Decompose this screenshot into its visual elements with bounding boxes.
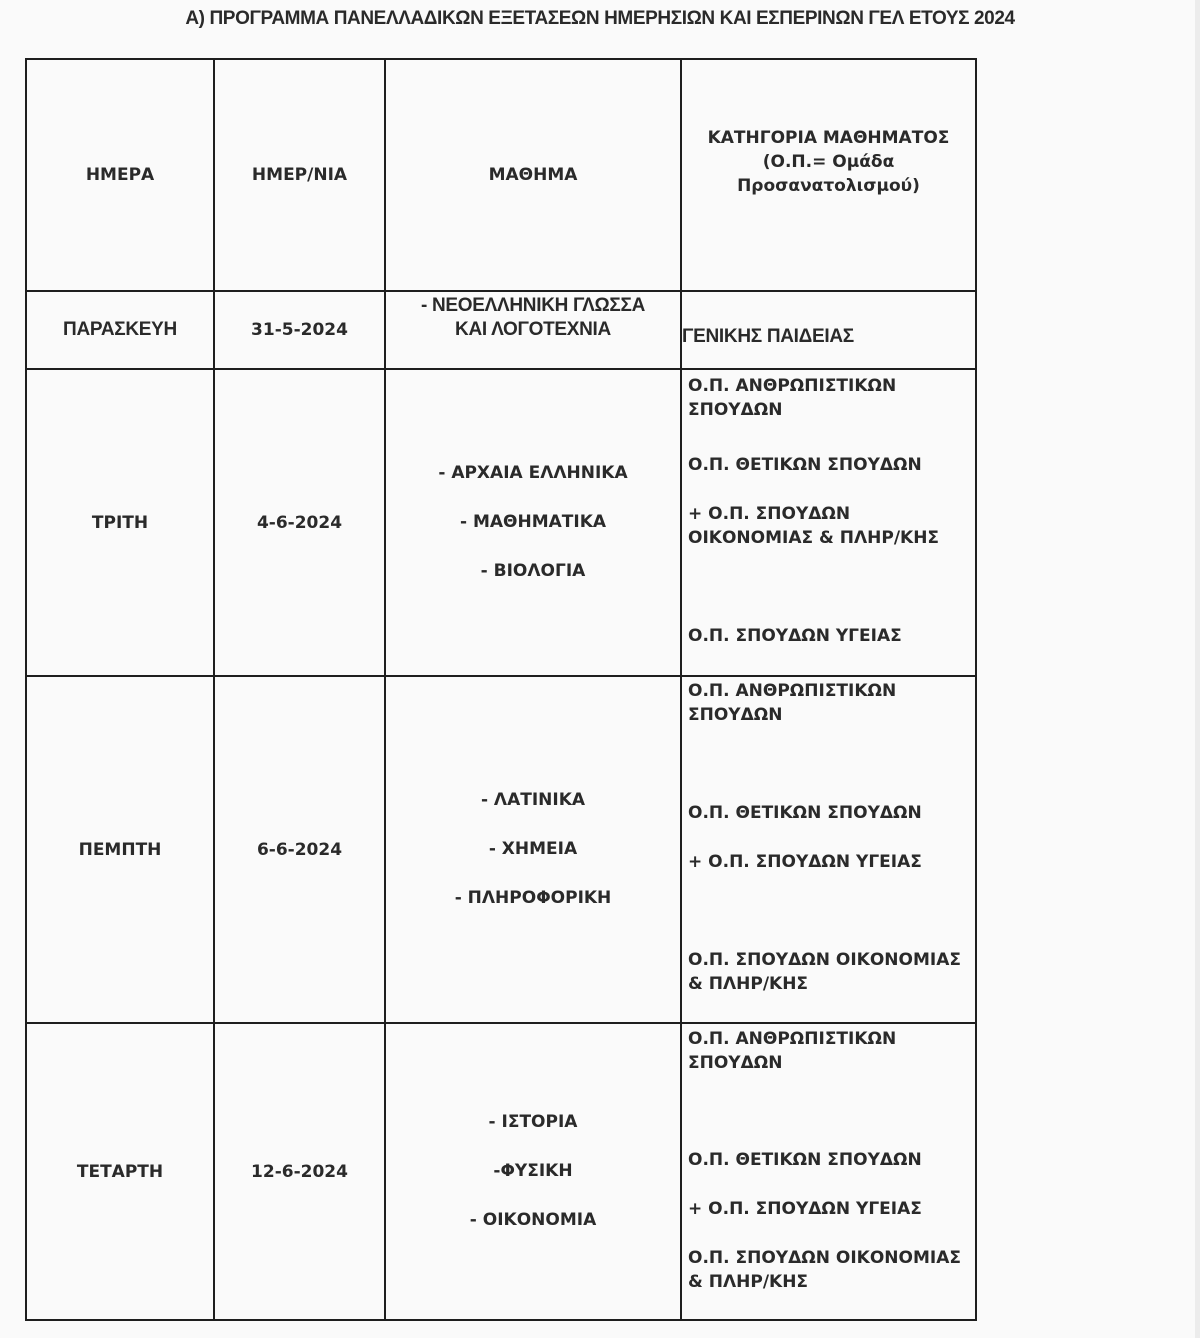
category-cell: Ο.Π. ΑΝΘΡΩΠΙΣΤΙΚΩΝ ΣΠΟΥΔΩΝ Ο.Π. ΘΕΤΙΚΩΝ … [681, 1023, 976, 1320]
day-cell: ΠΕΜΠΤΗ [26, 676, 214, 1023]
day-cell: ΠΑΡΑΣΚΕΥΗ [26, 291, 214, 369]
subject-list: - ΛΑΤΙΝΙΚΑ - ΧΗΜΕΙΑ - ΠΛΗΡΟΦΟΡΙΚΗ [386, 789, 680, 910]
subject-cell: - ΛΑΤΙΝΙΚΑ - ΧΗΜΕΙΑ - ΠΛΗΡΟΦΟΡΙΚΗ [385, 676, 681, 1023]
subject-cell: - ΑΡΧΑΙΑ ΕΛΛΗΝΙΚΑ - ΜΑΘΗΜΑΤΙΚΑ - ΒΙΟΛΟΓΙ… [385, 369, 681, 676]
table-row: ΤΡΙΤΗ 4-6-2024 - ΑΡΧΑΙΑ ΕΛΛΗΝΙΚΑ - ΜΑΘΗΜ… [26, 369, 976, 676]
date-cell: 4-6-2024 [214, 369, 385, 676]
category-cell: Ο.Π. ΑΝΘΡΩΠΙΣΤΙΚΩΝ ΣΠΟΥΔΩΝ Ο.Π. ΘΕΤΙΚΩΝ … [681, 369, 976, 676]
category-item: Ο.Π. ΘΕΤΙΚΩΝ ΣΠΟΥΔΩΝ [688, 1148, 973, 1172]
subject-item: - ΠΛΗΡΟΦΟΡΙΚΗ [455, 887, 612, 910]
category-item: + Ο.Π. ΣΠΟΥΔΩΝ ΥΓΕΙΑΣ [688, 1197, 973, 1221]
category-cell: Ο.Π. ΑΝΘΡΩΠΙΣΤΙΚΩΝ ΣΠΟΥΔΩΝ Ο.Π. ΘΕΤΙΚΩΝ … [681, 676, 976, 1023]
header-category-line: Προσανατολισμού) [682, 174, 975, 198]
exam-schedule-table: ΗΜΕΡΑ ΗΜΕΡ/ΝΙΑ ΜΑΘΗΜΑ ΚΑΤΗΓΟΡΙΑ ΜΑΘΗΜΑΤΟ… [25, 58, 977, 1321]
category-item: Ο.Π. ΘΕΤΙΚΩΝ ΣΠΟΥΔΩΝ [688, 801, 973, 825]
date-cell: 6-6-2024 [214, 676, 385, 1023]
table-row: ΠΑΡΑΣΚΕΥΗ 31-5-2024 - ΝΕΟΕΛΛΗΝΙΚΗ ΓΛΩΣΣΑ… [26, 291, 976, 369]
category-item: Ο.Π. ΑΝΘΡΩΠΙΣΤΙΚΩΝ ΣΠΟΥΔΩΝ [688, 1027, 918, 1075]
subject-item: - ΛΑΤΙΝΙΚΑ [481, 789, 585, 812]
subject-cell: - ΝΕΟΕΛΛΗΝΙΚΗ ΓΛΩΣΣΑ ΚΑΙ ΛΟΓΟΤΕΧΝΙΑ [385, 291, 681, 369]
header-subject: ΜΑΘΗΜΑ [385, 59, 681, 291]
subject-cell: - ΙΣΤΟΡΙΑ -ΦΥΣΙΚΗ - ΟΙΚΟΝΟΜΙΑ [385, 1023, 681, 1320]
subject-item: - ΙΣΤΟΡΙΑ [489, 1111, 578, 1134]
header-category: ΚΑΤΗΓΟΡΙΑ ΜΑΘΗΜΑΤΟΣ (Ο.Π.= Ομάδα Προσανα… [681, 59, 976, 291]
subject-item: - ΑΡΧΑΙΑ ΕΛΛΗΝΙΚΑ [438, 462, 627, 485]
subject-item: -ΦΥΣΙΚΗ [493, 1160, 572, 1183]
category-item: Ο.Π. ΣΠΟΥΔΩΝ ΥΓΕΙΑΣ [688, 624, 973, 648]
table-row: ΤΕΤΑΡΤΗ 12-6-2024 - ΙΣΤΟΡΙΑ -ΦΥΣΙΚΗ - ΟΙ… [26, 1023, 976, 1320]
category-item: Ο.Π. ΘΕΤΙΚΩΝ ΣΠΟΥΔΩΝ [688, 453, 973, 477]
header-category-line: ΚΑΤΗΓΟΡΙΑ ΜΑΘΗΜΑΤΟΣ [682, 126, 975, 150]
category-item: Ο.Π. ΑΝΘΡΩΠΙΣΤΙΚΩΝ ΣΠΟΥΔΩΝ [688, 679, 918, 727]
category-cell: ΓΕΝΙΚΗΣ ΠΑΙΔΕΙΑΣ [681, 291, 976, 369]
date-cell: 12-6-2024 [214, 1023, 385, 1320]
day-cell: ΤΕΤΑΡΤΗ [26, 1023, 214, 1320]
header-date: ΗΜΕΡ/ΝΙΑ [214, 59, 385, 291]
category-item: + Ο.Π. ΣΠΟΥΔΩΝ ΟΙΚΟΝΟΜΙΑΣ & ΠΛΗΡ/ΚΗΣ [688, 502, 963, 550]
page-right-edge [1195, 0, 1200, 1338]
table-row: ΠΕΜΠΤΗ 6-6-2024 - ΛΑΤΙΝΙΚΑ - ΧΗΜΕΙΑ - ΠΛ… [26, 676, 976, 1023]
category-item: Ο.Π. ΣΠΟΥΔΩΝ ΟΙΚΟΝΟΜΙΑΣ & ΠΛΗΡ/ΚΗΣ [688, 1246, 973, 1294]
table-header-row: ΗΜΕΡΑ ΗΜΕΡ/ΝΙΑ ΜΑΘΗΜΑ ΚΑΤΗΓΟΡΙΑ ΜΑΘΗΜΑΤΟ… [26, 59, 976, 291]
subject-item: - ΜΑΘΗΜΑΤΙΚΑ [460, 511, 606, 534]
category-item: Ο.Π. ΑΝΘΡΩΠΙΣΤΙΚΩΝ ΣΠΟΥΔΩΝ [688, 374, 918, 422]
subject-list: - ΑΡΧΑΙΑ ΕΛΛΗΝΙΚΑ - ΜΑΘΗΜΑΤΙΚΑ - ΒΙΟΛΟΓΙ… [386, 462, 680, 583]
header-category-line: (Ο.Π.= Ομάδα [682, 150, 975, 174]
subject-line: ΚΑΙ ΛΟΓΟΤΕΧΝΙΑ [386, 318, 680, 342]
date-cell: 31-5-2024 [214, 291, 385, 369]
subject-item: - ΧΗΜΕΙΑ [489, 838, 577, 861]
category-item: Ο.Π. ΣΠΟΥΔΩΝ ΟΙΚΟΝΟΜΙΑΣ & ΠΛΗΡ/ΚΗΣ [688, 948, 973, 996]
subject-item: - ΟΙΚΟΝΟΜΙΑ [470, 1209, 596, 1232]
day-cell: ΤΡΙΤΗ [26, 369, 214, 676]
subject-list: - ΙΣΤΟΡΙΑ -ΦΥΣΙΚΗ - ΟΙΚΟΝΟΜΙΑ [386, 1111, 680, 1232]
page-title: Α) ΠΡΟΓΡΑΜΜΑ ΠΑΝΕΛΛΑΔΙΚΩΝ ΕΞΕΤΑΣΕΩΝ ΗΜΕΡ… [0, 8, 1200, 30]
header-day: ΗΜΕΡΑ [26, 59, 214, 291]
category-item: + Ο.Π. ΣΠΟΥΔΩΝ ΥΓΕΙΑΣ [688, 850, 973, 874]
category-item: ΓΕΝΙΚΗΣ ΠΑΙΔΕΙΑΣ [682, 326, 854, 347]
subject-line: - ΝΕΟΕΛΛΗΝΙΚΗ ΓΛΩΣΣΑ [386, 294, 680, 318]
subject-item: - ΒΙΟΛΟΓΙΑ [481, 560, 586, 583]
